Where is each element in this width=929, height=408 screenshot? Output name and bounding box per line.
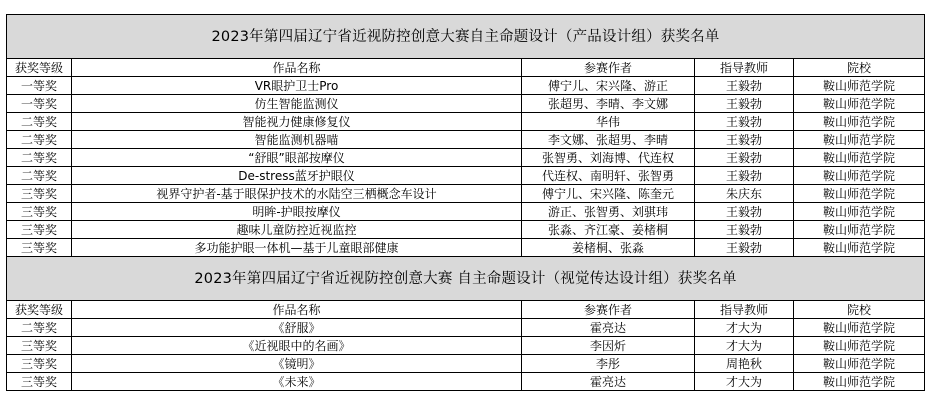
- authors-cell: 游正、张智勇、刘骐玮: [522, 203, 695, 221]
- award-list-sheet: 2023年第四届辽宁省近视防控创意大赛自主命题设计（产品设计组）获奖名单 获奖等…: [6, 14, 924, 391]
- award-cell: 二等奖: [7, 131, 72, 149]
- authors-cell: 张超男、李晴、李文娜: [522, 95, 695, 113]
- header-award-level: 获奖等级: [7, 59, 72, 77]
- section-title-visual-communication: 2023年第四届辽宁省近视防控创意大赛 自主命题设计（视觉传达设计组）获奖名单: [7, 257, 925, 301]
- award-cell: 三等奖: [7, 239, 72, 257]
- advisor-cell: 才大为: [695, 319, 794, 337]
- school-cell: 鞍山师范学院: [794, 239, 925, 257]
- advisor-cell: 王毅勃: [695, 149, 794, 167]
- advisor-cell: 王毅勃: [695, 221, 794, 239]
- authors-cell: 华伟: [522, 113, 695, 131]
- award-cell: 二等奖: [7, 167, 72, 185]
- table-row: 三等奖 《未来》 霍亮达 才大为 鞍山师范学院: [7, 373, 925, 391]
- award-cell: 二等奖: [7, 149, 72, 167]
- advisor-cell: 周艳秋: [695, 355, 794, 373]
- work-cell: “舒眼”眼部按摩仪: [72, 149, 522, 167]
- school-cell: 鞍山师范学院: [794, 355, 925, 373]
- header-authors: 参赛作者: [522, 59, 695, 77]
- advisor-cell: 王毅勃: [695, 167, 794, 185]
- award-cell: 二等奖: [7, 113, 72, 131]
- award-cell: 一等奖: [7, 95, 72, 113]
- advisor-cell: 王毅勃: [695, 77, 794, 95]
- work-cell: 智能监测机器喵: [72, 131, 522, 149]
- authors-cell: 李彤: [522, 355, 695, 373]
- work-cell: 《镜明》: [72, 355, 522, 373]
- table-row: 三等奖 视界守护者-基于眼保护技术的水陆空三栖概念车设计 傅宁儿、宋兴隆、陈奎元…: [7, 185, 925, 203]
- header-row: 获奖等级 作品名称 参赛作者 指导教师 院校: [7, 301, 925, 319]
- header-advisor: 指导教师: [695, 301, 794, 319]
- school-cell: 鞍山师范学院: [794, 95, 925, 113]
- work-cell: De-stress蓝牙护眼仪: [72, 167, 522, 185]
- authors-cell: 傅宁儿、宋兴隆、游正: [522, 77, 695, 95]
- advisor-cell: 王毅勃: [695, 239, 794, 257]
- work-cell: 多功能护眼一体机—基于儿童眼部健康: [72, 239, 522, 257]
- award-cell: 三等奖: [7, 355, 72, 373]
- advisor-cell: 王毅勃: [695, 113, 794, 131]
- school-cell: 鞍山师范学院: [794, 185, 925, 203]
- work-cell: 明眸-护眼按摩仪: [72, 203, 522, 221]
- table-row: 三等奖 《镜明》 李彤 周艳秋 鞍山师范学院: [7, 355, 925, 373]
- school-cell: 鞍山师范学院: [794, 131, 925, 149]
- award-cell: 一等奖: [7, 77, 72, 95]
- authors-cell: 张智勇、刘海博、代连权: [522, 149, 695, 167]
- work-cell: 趣味儿童防控近视监控: [72, 221, 522, 239]
- advisor-cell: 王毅勃: [695, 203, 794, 221]
- award-cell: 三等奖: [7, 185, 72, 203]
- header-work-name: 作品名称: [72, 301, 522, 319]
- school-cell: 鞍山师范学院: [794, 167, 925, 185]
- advisor-cell: 才大为: [695, 337, 794, 355]
- award-cell: 三等奖: [7, 337, 72, 355]
- table-row: 二等奖 智能视力健康修复仪 华伟 王毅勃 鞍山师范学院: [7, 113, 925, 131]
- authors-cell: 霍亮达: [522, 373, 695, 391]
- work-cell: VR眼护卫士Pro: [72, 77, 522, 95]
- work-cell: 智能视力健康修复仪: [72, 113, 522, 131]
- school-cell: 鞍山师范学院: [794, 113, 925, 131]
- table-row: 一等奖 仿生智能监测仪 张超男、李晴、李文娜 王毅勃 鞍山师范学院: [7, 95, 925, 113]
- award-cell: 三等奖: [7, 203, 72, 221]
- authors-cell: 傅宁儿、宋兴隆、陈奎元: [522, 185, 695, 203]
- table-row: 一等奖 VR眼护卫士Pro 傅宁儿、宋兴隆、游正 王毅勃 鞍山师范学院: [7, 77, 925, 95]
- work-cell: 《未来》: [72, 373, 522, 391]
- table-row: 三等奖 明眸-护眼按摩仪 游正、张智勇、刘骐玮 王毅勃 鞍山师范学院: [7, 203, 925, 221]
- section-title-row: 2023年第四届辽宁省近视防控创意大赛 自主命题设计（视觉传达设计组）获奖名单: [7, 257, 925, 301]
- authors-cell: 张淼、齐江豪、姜楮桐: [522, 221, 695, 239]
- advisor-cell: 才大为: [695, 373, 794, 391]
- award-cell: 三等奖: [7, 373, 72, 391]
- header-advisor: 指导教师: [695, 59, 794, 77]
- header-row: 获奖等级 作品名称 参赛作者 指导教师 院校: [7, 59, 925, 77]
- school-cell: 鞍山师范学院: [794, 373, 925, 391]
- award-cell: 二等奖: [7, 319, 72, 337]
- table-row: 三等奖 多功能护眼一体机—基于儿童眼部健康 姜楮桐、张淼 王毅勃 鞍山师范学院: [7, 239, 925, 257]
- section-title-product-design: 2023年第四届辽宁省近视防控创意大赛自主命题设计（产品设计组）获奖名单: [7, 15, 925, 59]
- table-row: 二等奖 《舒服》 霍亮达 才大为 鞍山师范学院: [7, 319, 925, 337]
- header-school: 院校: [794, 59, 925, 77]
- table-row: 二等奖 De-stress蓝牙护眼仪 代连权、南明轩、张智勇 王毅勃 鞍山师范学…: [7, 167, 925, 185]
- authors-cell: 霍亮达: [522, 319, 695, 337]
- authors-cell: 代连权、南明轩、张智勇: [522, 167, 695, 185]
- award-cell: 三等奖: [7, 221, 72, 239]
- award-table: 2023年第四届辽宁省近视防控创意大赛自主命题设计（产品设计组）获奖名单 获奖等…: [6, 14, 925, 391]
- school-cell: 鞍山师范学院: [794, 319, 925, 337]
- school-cell: 鞍山师范学院: [794, 221, 925, 239]
- authors-cell: 姜楮桐、张淼: [522, 239, 695, 257]
- school-cell: 鞍山师范学院: [794, 203, 925, 221]
- school-cell: 鞍山师范学院: [794, 77, 925, 95]
- authors-cell: 李文娜、张超男、李晴: [522, 131, 695, 149]
- header-school: 院校: [794, 301, 925, 319]
- work-cell: 仿生智能监测仪: [72, 95, 522, 113]
- authors-cell: 李因炘: [522, 337, 695, 355]
- header-award-level: 获奖等级: [7, 301, 72, 319]
- table-row: 三等奖 趣味儿童防控近视监控 张淼、齐江豪、姜楮桐 王毅勃 鞍山师范学院: [7, 221, 925, 239]
- school-cell: 鞍山师范学院: [794, 337, 925, 355]
- advisor-cell: 王毅勃: [695, 95, 794, 113]
- table-row: 二等奖 智能监测机器喵 李文娜、张超男、李晴 王毅勃 鞍山师范学院: [7, 131, 925, 149]
- table-row: 二等奖 “舒眼”眼部按摩仪 张智勇、刘海博、代连权 王毅勃 鞍山师范学院: [7, 149, 925, 167]
- advisor-cell: 王毅勃: [695, 131, 794, 149]
- work-cell: 《舒服》: [72, 319, 522, 337]
- header-authors: 参赛作者: [522, 301, 695, 319]
- school-cell: 鞍山师范学院: [794, 149, 925, 167]
- work-cell: 《近视眼中的名画》: [72, 337, 522, 355]
- advisor-cell: 朱庆东: [695, 185, 794, 203]
- table-row: 三等奖 《近视眼中的名画》 李因炘 才大为 鞍山师范学院: [7, 337, 925, 355]
- header-work-name: 作品名称: [72, 59, 522, 77]
- work-cell: 视界守护者-基于眼保护技术的水陆空三栖概念车设计: [72, 185, 522, 203]
- section-title-row: 2023年第四届辽宁省近视防控创意大赛自主命题设计（产品设计组）获奖名单: [7, 15, 925, 59]
